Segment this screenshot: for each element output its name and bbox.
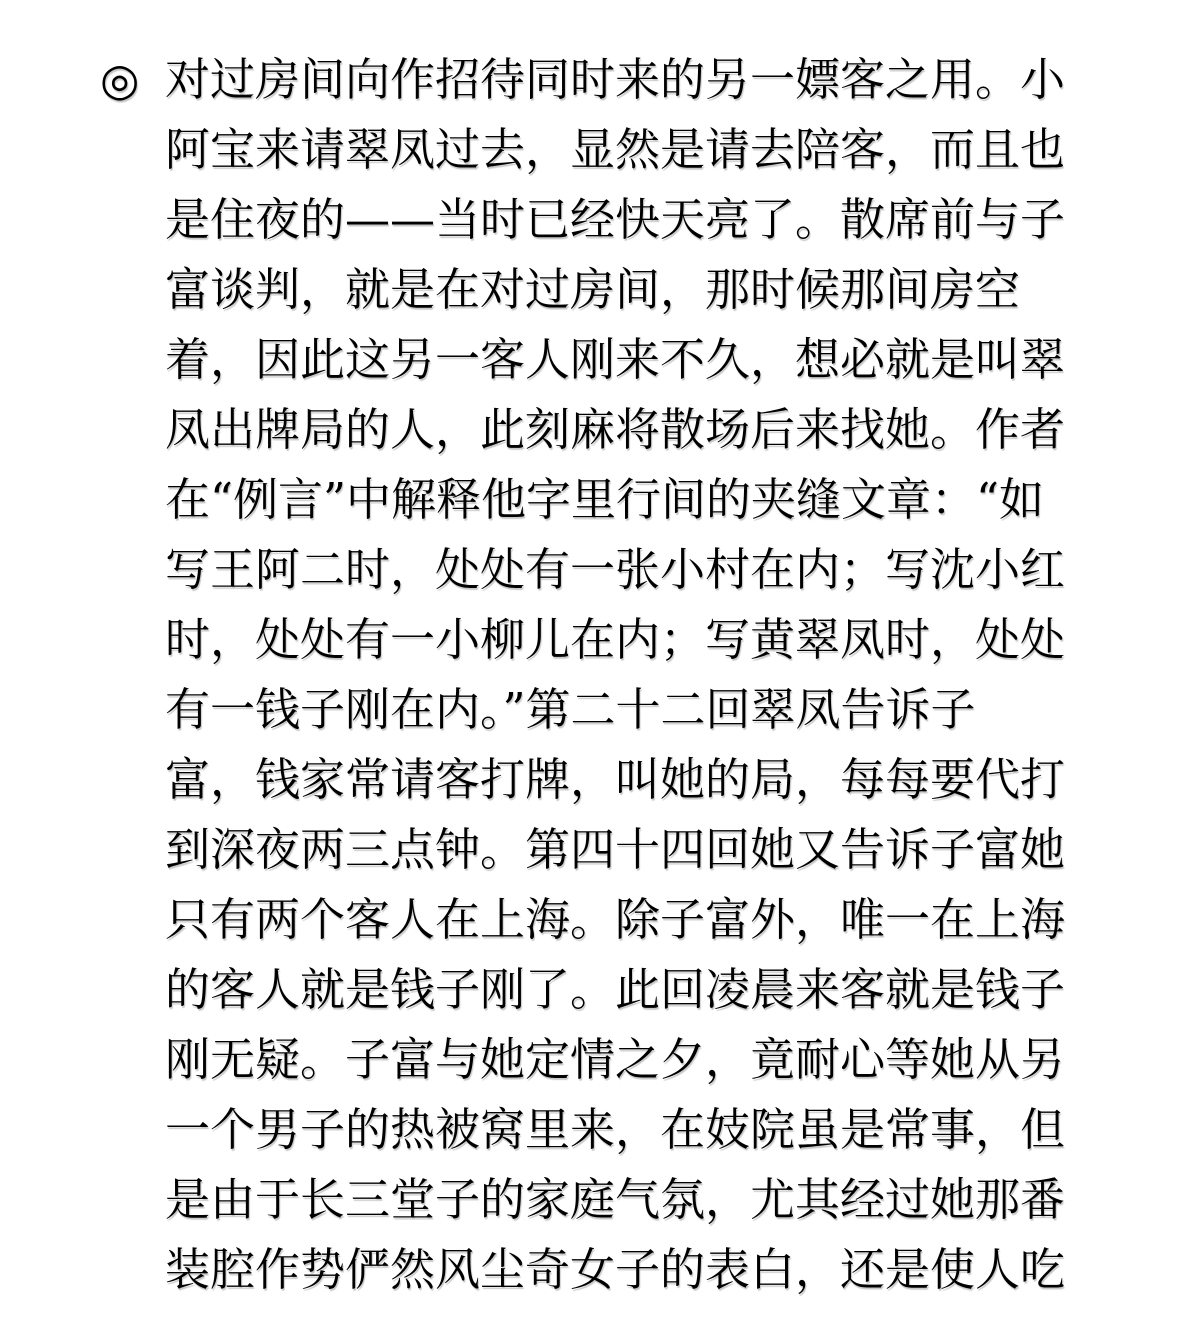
text-line-content: 在“例言”中解释他字里行间的夹缝文章：“如 [165,473,1044,526]
text-line-content: 对过房间向作招待同时来的另一嫖客之用。小 [165,53,1065,106]
text-line: 时，处处有一小柳儿在内；写黄翠凤时，处处 [165,605,1179,675]
text-line-content: 刚无疑。子富与她定情之夕，竟耐心等她从另 [165,1033,1065,1086]
text-line-content: 的客人就是钱子刚了。此回凌晨来客就是钱子 [165,963,1065,1016]
text-line: 到深夜两三点钟。第四十四回她又告诉子富她 [165,815,1179,885]
text-line-content: 只有两个客人在上海。除子富外，唯一在上海 [165,893,1065,946]
text-line-content: 是住夜的——当时已经快天亮了。散席前与子 [165,193,1065,246]
paragraph: ◎对过房间向作招待同时来的另一嫖客之用。小阿宝来请翠凤过去，显然是请去陪客，而且… [0,0,1179,1305]
paragraph-bullet: ◎ [100,45,165,115]
text-line: 有一钱子刚在内。”第二十二回翠凤告诉子 [165,675,1179,745]
text-line-content: 富谈判，就是在对过房间，那时候那间房空 [165,263,1020,316]
text-line: 阿宝来请翠凤过去，显然是请去陪客，而且也 [165,115,1179,185]
text-line: 只有两个客人在上海。除子富外，唯一在上海 [165,885,1179,955]
text-line: 在“例言”中解释他字里行间的夹缝文章：“如 [165,465,1179,535]
text-line: 刚无疑。子富与她定情之夕，竟耐心等她从另 [165,1025,1179,1095]
text-line-content: 装腔作势俨然风尘奇女子的表白，还是使人吃 [165,1243,1065,1296]
text-line-content: 凤出牌局的人，此刻麻将散场后来找她。作者 [165,403,1065,456]
document-page: ◎对过房间向作招待同时来的另一嫖客之用。小阿宝来请翠凤过去，显然是请去陪客，而且… [0,0,1179,1327]
text-line: ◎对过房间向作招待同时来的另一嫖客之用。小 [100,45,1179,115]
text-line-content: 着，因此这另一客人刚来不久，想必就是叫翠 [165,333,1065,386]
text-line: 是住夜的——当时已经快天亮了。散席前与子 [165,185,1179,255]
text-line-content: 时，处处有一小柳儿在内；写黄翠凤时，处处 [165,613,1065,666]
text-line: 的客人就是钱子刚了。此回凌晨来客就是钱子 [165,955,1179,1025]
text-line-content: 一个男子的热被窝里来，在妓院虽是常事，但 [165,1103,1065,1156]
text-line: 写王阿二时，处处有一张小村在内；写沈小红 [165,535,1179,605]
text-line-content: 到深夜两三点钟。第四十四回她又告诉子富她 [165,823,1065,876]
text-line-content: 有一钱子刚在内。”第二十二回翠凤告诉子 [165,683,976,736]
text-line: 装腔作势俨然风尘奇女子的表白，还是使人吃 [165,1235,1179,1305]
text-line-content: 阿宝来请翠凤过去，显然是请去陪客，而且也 [165,123,1065,176]
text-line: 是由于长三堂子的家庭气氛，尤其经过她那番 [165,1165,1179,1235]
text-line: 富，钱家常请客打牌，叫她的局，每每要代打 [165,745,1179,815]
text-line: 一个男子的热被窝里来，在妓院虽是常事，但 [165,1095,1179,1165]
text-line: 凤出牌局的人，此刻麻将散场后来找她。作者 [165,395,1179,465]
text-line-content: 是由于长三堂子的家庭气氛，尤其经过她那番 [165,1173,1065,1226]
text-line-content: 写王阿二时，处处有一张小村在内；写沈小红 [165,543,1065,596]
text-line: 着，因此这另一客人刚来不久，想必就是叫翠 [165,325,1179,395]
text-line: 富谈判，就是在对过房间，那时候那间房空 [165,255,1179,325]
text-line-content: 富，钱家常请客打牌，叫她的局，每每要代打 [165,753,1065,806]
